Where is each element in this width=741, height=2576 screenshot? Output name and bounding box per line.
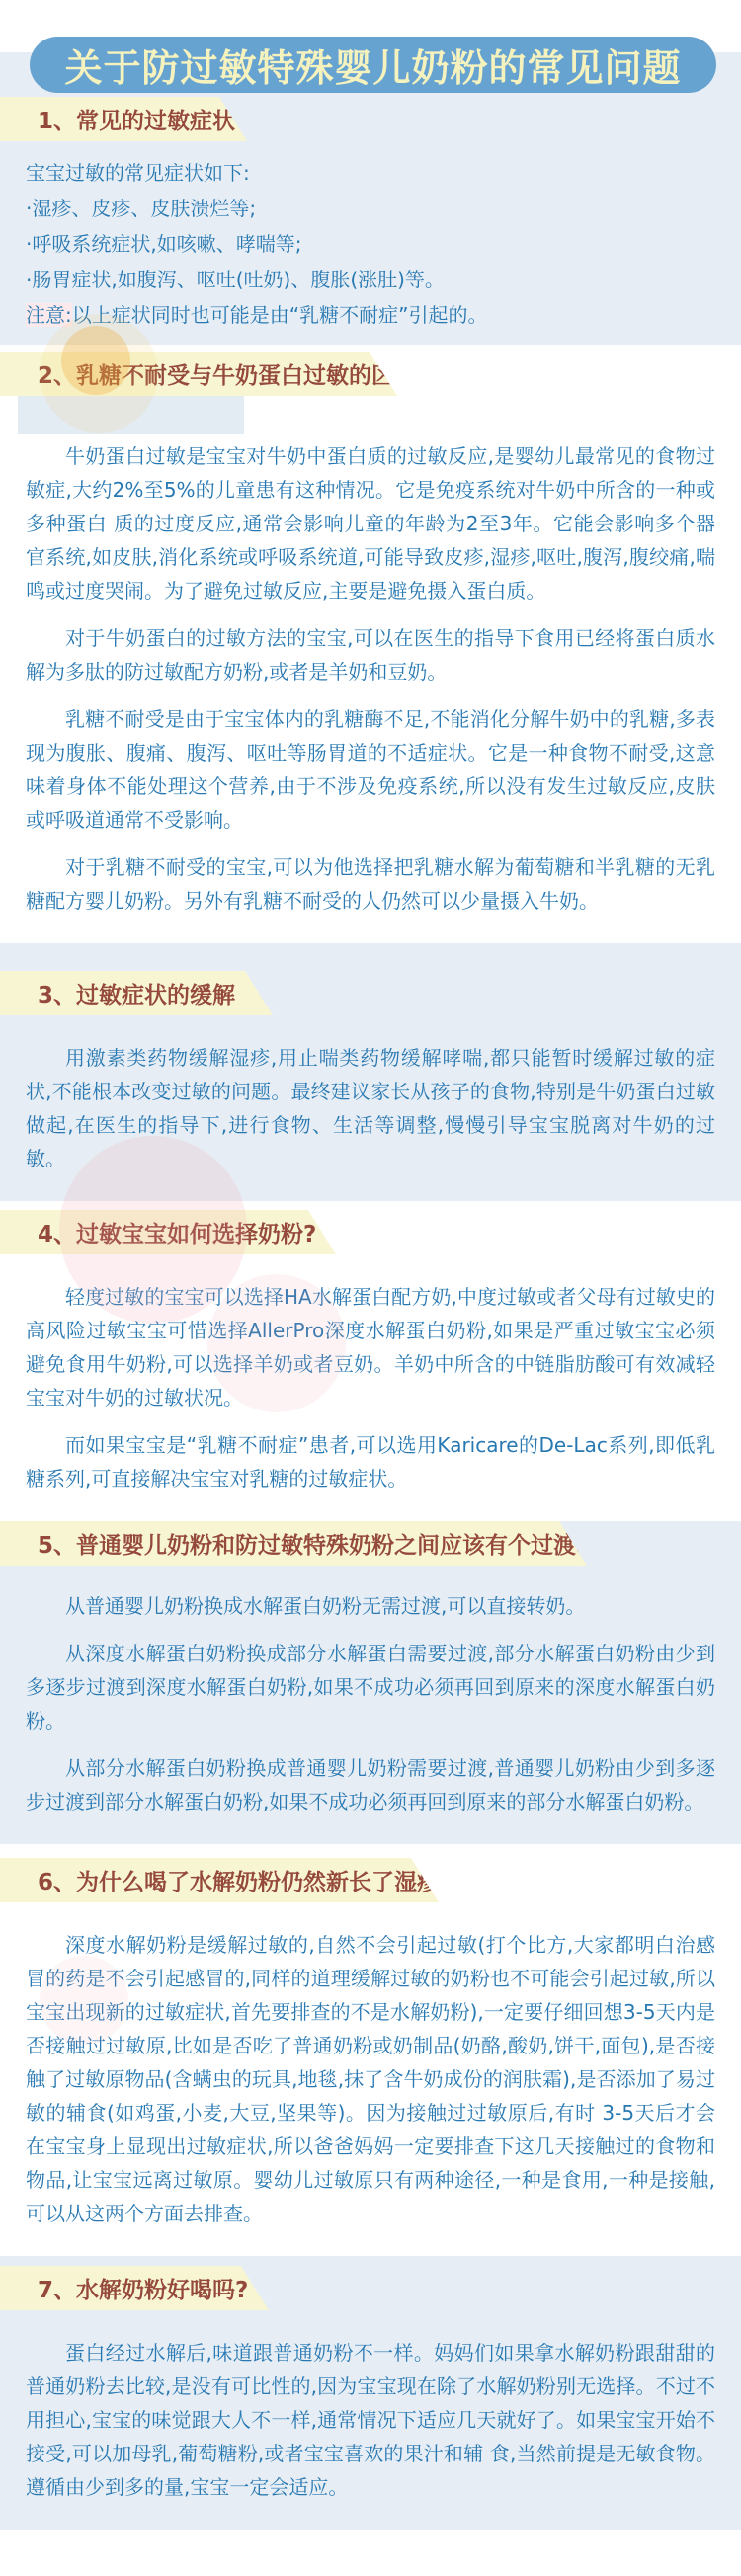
section-1-heading-band: 1、常见的过敏症状: [0, 97, 247, 141]
section-1: 1、常见的过敏症状 宝宝过敏的常见症状如下: ·湿疹、皮疹、皮肤溃烂等; ·呼吸…: [0, 52, 741, 345]
section-2: 2、乳糖不耐受与牛奶蛋白过敏的区别 牛奶蛋白过敏是宝宝对牛奶中蛋白质的过敏反应,…: [0, 345, 741, 943]
section-4: 4、过敏宝宝如何选择奶粉? 轻度过敏的宝宝可以选择HA水解蛋白配方奶,中度过敏或…: [0, 1201, 741, 1521]
section-7: 7、水解奶粉好喝吗? 蛋白经过水解后,味道跟普通奶粉不一样。妈妈们如果拿水解奶粉…: [0, 2256, 741, 2530]
footer-strip: [0, 2530, 741, 2576]
paragraph: 对于牛奶蛋白的过敏方法的宝宝,可以在医生的指导下食用已经将蛋白质水解为多肽的防过…: [26, 621, 715, 688]
section-5-content: 从普通婴儿奶粉换成水解蛋白奶粉无需过渡,可以直接转奶。 从深度水解蛋白奶粉换成部…: [0, 1589, 741, 1844]
section-3: 3、过敏症状的缓解 用激素类药物缓解湿疹,用止喘类药物缓解哮喘,都只能暂时缓解过…: [0, 943, 741, 1201]
section-6-content: 深度水解奶粉是缓解过敏的,自然不会引起过敏(打个比方,大家都明白治感冒的药是不会…: [0, 1928, 741, 2256]
bullet-line: ·湿疹、皮疹、皮肤溃烂等;: [26, 191, 715, 226]
section-5: 5、普通婴儿奶粉和防过敏特殊奶粉之间应该有个过渡转奶吗? 从普通婴儿奶粉换成水解…: [0, 1521, 741, 1844]
section-2-content: 牛奶蛋白过敏是宝宝对牛奶中蛋白质的过敏反应,是婴幼儿最常见的食物过敏症,大约2%…: [0, 440, 741, 943]
underband-decor: [18, 396, 244, 434]
section-4-heading-band: 4、过敏宝宝如何选择奶粉?: [0, 1210, 336, 1254]
paragraph: 牛奶蛋白过敏是宝宝对牛奶中蛋白质的过敏反应,是婴幼儿最常见的食物过敏症,大约2%…: [26, 440, 715, 607]
section-5-heading-band: 5、普通婴儿奶粉和防过敏特殊奶粉之间应该有个过渡转奶吗?: [0, 1521, 587, 1566]
note-text: 以上症状同时也可能是由“乳糖不耐症”引起的。: [72, 303, 488, 327]
page-title-text: 关于防过敏特殊婴儿奶粉的常见问题: [64, 38, 681, 92]
section-1-heading: 1、常见的过敏症状: [38, 103, 235, 135]
section-6-heading-band: 6、为什么喝了水解奶粉仍然新长了湿疹?: [0, 1858, 439, 1902]
paragraph: 深度水解奶粉是缓解过敏的,自然不会引起过敏(打个比方,大家都明白治感冒的药是不会…: [26, 1928, 715, 2230]
bullet-line: ·肠胃症状,如腹泻、呕吐(吐奶)、腹胀(涨肚)等。: [26, 262, 715, 297]
section-6: 6、为什么喝了水解奶粉仍然新长了湿疹? 深度水解奶粉是缓解过敏的,自然不会引起过…: [0, 1844, 741, 2256]
bullet-line: ·呼吸系统症状,如咳嗽、哮喘等;: [26, 226, 715, 262]
paragraph: 对于乳糖不耐受的宝宝,可以为他选择把乳糖水解为葡萄糖和半乳糖的无乳糖配方婴儿奶粉…: [26, 850, 715, 918]
section-7-content: 蛋白经过水解后,味道跟普通奶粉不一样。妈妈们如果拿水解奶粉跟甜甜的普通奶粉去比较…: [0, 2336, 741, 2530]
section-3-heading-band: 3、过敏症状的缓解: [0, 971, 273, 1015]
section-7-heading-band: 7、水解奶粉好喝吗?: [0, 2266, 269, 2310]
section-4-heading: 4、过敏宝宝如何选择奶粉?: [38, 1216, 316, 1248]
section-1-content: 宝宝过敏的常见症状如下: ·湿疹、皮疹、皮肤溃烂等; ·呼吸系统症状,如咳嗽、哮…: [0, 155, 741, 345]
paragraph: 从深度水解蛋白奶粉换成部分水解蛋白需要过渡,部分水解蛋白奶粉由少到多逐步过渡到深…: [26, 1637, 715, 1737]
paragraph: 轻度过敏的宝宝可以选择HA水解蛋白配方奶,中度过敏或者父母有过敏史的高风险过敏宝…: [26, 1280, 715, 1414]
paragraph: 乳糖不耐受是由于宝宝体内的乳糖酶不足,不能消化分解牛奶中的乳糖,多表现为腹胀、腹…: [26, 702, 715, 837]
section-2-heading-band: 2、乳糖不耐受与牛奶蛋白过敏的区别: [0, 352, 397, 396]
page-title: 关于防过敏特殊婴儿奶粉的常见问题: [30, 37, 716, 93]
article-page: 关于防过敏特殊婴儿奶粉的常见问题 1、常见的过敏症状 宝宝过敏的常见症状如下: …: [0, 0, 741, 2576]
note-prefix: 注意:: [26, 303, 72, 327]
section-4-content: 轻度过敏的宝宝可以选择HA水解蛋白配方奶,中度过敏或者父母有过敏史的高风险过敏宝…: [0, 1280, 741, 1521]
section-5-heading: 5、普通婴儿奶粉和防过敏特殊奶粉之间应该有个过渡转奶吗?: [38, 1527, 657, 1560]
intro-line: 宝宝过敏的常见症状如下:: [26, 155, 715, 191]
paragraph: 而如果宝宝是“乳糖不耐症”患者,可以选用Karicare的De-Lac系列,即低…: [26, 1428, 715, 1495]
paragraph: 从部分水解蛋白奶粉换成普通婴儿奶粉需要过渡,普通婴儿奶粉由少到多逐步过渡到部分水…: [26, 1751, 715, 1818]
section-3-content: 用激素类药物缓解湿疹,用止喘类药物缓解哮喘,都只能暂时缓解过敏的症状,不能根本改…: [0, 1041, 741, 1201]
section-6-heading: 6、为什么喝了水解奶粉仍然新长了湿疹?: [38, 1864, 453, 1896]
paragraph: 从普通婴儿奶粉换成水解蛋白奶粉无需过渡,可以直接转奶。: [26, 1589, 715, 1623]
paragraph: 用激素类药物缓解湿疹,用止喘类药物缓解哮喘,都只能暂时缓解过敏的症状,不能根本改…: [26, 1041, 715, 1175]
paragraph: 蛋白经过水解后,味道跟普通奶粉不一样。妈妈们如果拿水解奶粉跟甜甜的普通奶粉去比较…: [26, 2336, 715, 2504]
note-line: 注意:以上症状同时也可能是由“乳糖不耐症”引起的。: [26, 297, 715, 333]
section-2-heading: 2、乳糖不耐受与牛奶蛋白过敏的区别: [38, 358, 417, 390]
section-7-heading: 7、水解奶粉好喝吗?: [38, 2272, 248, 2304]
section-3-heading: 3、过敏症状的缓解: [38, 977, 235, 1009]
